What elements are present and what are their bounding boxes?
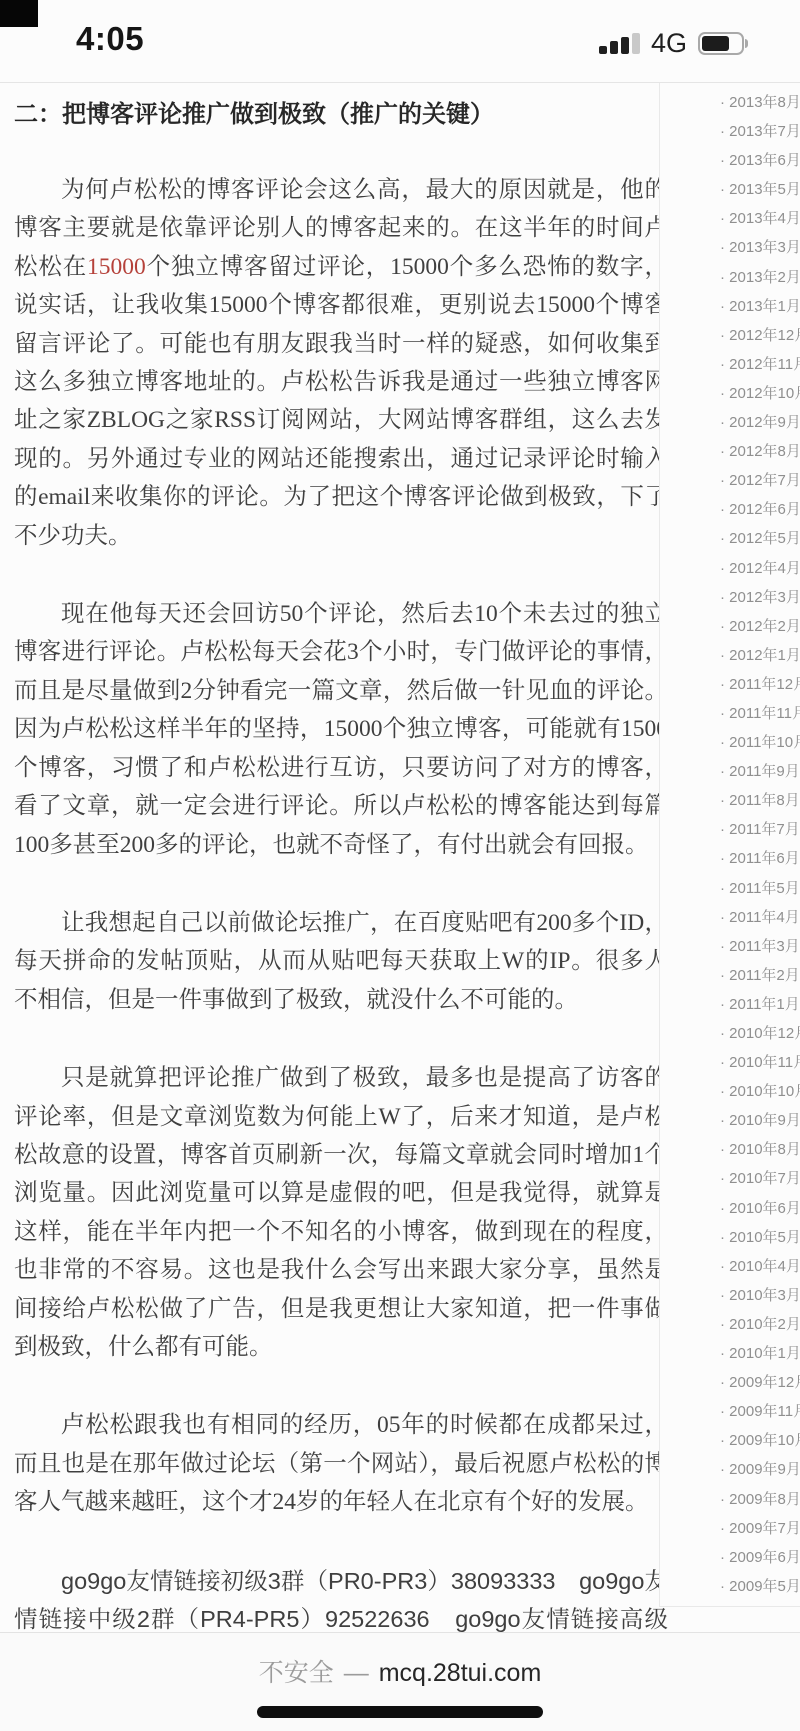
archive-month-link[interactable]: · 2012年10月 (660, 379, 800, 408)
status-bar: 4:05 4G (0, 0, 800, 82)
archive-month-link[interactable]: · 2010年11月 (660, 1048, 800, 1077)
archive-month-link[interactable]: · 2013年8月 (660, 88, 800, 117)
archive-month-link[interactable]: · 2010年9月 (660, 1106, 800, 1135)
archive-month-link[interactable]: · 2012年2月 (660, 612, 800, 641)
archive-month-link[interactable]: · 2011年7月 (660, 815, 800, 844)
status-bar-right-cluster: 4G (599, 30, 748, 56)
sidebar-archive-list: · 2013年8月· 2013年7月· 2013年6月· 2013年5月· 20… (660, 83, 800, 1601)
text-run: 让我想起自己以前做论坛推广，在百度贴吧有200多个ID，每天拼命的发帖顶贴，从而… (14, 910, 668, 1013)
archive-month-link[interactable]: · 2012年8月 (660, 437, 800, 466)
archive-month-link[interactable]: · 2009年12月 (660, 1368, 800, 1397)
safari-address-bar[interactable]: 不安全—mcq.28tui.com (0, 1632, 800, 1731)
archive-month-link[interactable]: · 2010年2月 (660, 1310, 800, 1339)
archive-month-link[interactable]: · 2011年3月 (660, 932, 800, 961)
archive-month-link[interactable]: · 2013年3月 (660, 233, 800, 262)
archive-month-link[interactable]: · 2009年5月 (660, 1572, 800, 1601)
text-run: 只是就算把评论推广做到了极致，最多也是提高了访客的评论率，但是文章浏览数为何能上… (14, 1065, 668, 1360)
archive-month-link[interactable]: · 2011年8月 (660, 786, 800, 815)
article-paragraph: 只是就算把评论推广做到了极致，最多也是提高了访客的评论率，但是文章浏览数为何能上… (14, 1059, 668, 1366)
security-warning-label: 不安全 (259, 1659, 334, 1687)
archive-month-link[interactable]: · 2010年8月 (660, 1135, 800, 1164)
archive-month-link[interactable]: · 2009年10月 (660, 1426, 800, 1455)
url-line[interactable]: 不安全—mcq.28tui.com (0, 1633, 800, 1689)
network-type-label: 4G (651, 28, 687, 59)
archive-month-link[interactable]: · 2011年4月 (660, 903, 800, 932)
archive-month-link[interactable]: · 2010年5月 (660, 1223, 800, 1252)
archive-month-link[interactable]: · 2013年1月 (660, 292, 800, 321)
archive-month-link[interactable]: · 2013年6月 (660, 146, 800, 175)
archive-month-link[interactable]: · 2011年1月 (660, 990, 800, 1019)
archive-month-link[interactable]: · 2011年12月 (660, 670, 800, 699)
archive-month-link[interactable]: · 2009年7月 (660, 1514, 800, 1543)
article-paragraph: 让我想起自己以前做论坛推广，在百度贴吧有200多个ID，每天拼命的发帖顶贴，从而… (14, 904, 668, 1019)
archive-month-link[interactable]: · 2012年3月 (660, 583, 800, 612)
archive-month-link[interactable]: · 2011年2月 (660, 961, 800, 990)
archive-month-link[interactable]: · 2010年1月 (660, 1339, 800, 1368)
archive-month-link[interactable]: · 2012年12月 (660, 321, 800, 350)
battery-icon (698, 32, 748, 55)
archive-month-link[interactable]: · 2009年8月 (660, 1485, 800, 1514)
archive-month-link[interactable]: · 2009年6月 (660, 1543, 800, 1572)
clock-time: 4:05 (76, 20, 144, 58)
archive-month-link[interactable]: · 2012年7月 (660, 466, 800, 495)
iphone-safari-screenshot: 4:05 4G 二：把博客评论推广做到极致（推广的关键） 为何卢松松的博客评论会… (0, 0, 800, 1731)
archive-month-link[interactable]: · 2009年11月 (660, 1397, 800, 1426)
signal-bars-icon (599, 32, 640, 54)
archive-month-link[interactable]: · 2011年5月 (660, 874, 800, 903)
archive-month-link[interactable]: · 2012年6月 (660, 495, 800, 524)
archive-month-link[interactable]: · 2011年11月 (660, 699, 800, 728)
archive-month-link[interactable]: · 2011年6月 (660, 844, 800, 873)
archive-sidebar: · 2013年8月· 2013年7月· 2013年6月· 2013年5月· 20… (659, 83, 800, 1607)
inline-count-link[interactable]: 15000 (87, 254, 146, 280)
archive-month-link[interactable]: · 2010年10月 (660, 1077, 800, 1106)
archive-month-link[interactable]: · 2013年5月 (660, 175, 800, 204)
archive-month-link[interactable]: · 2011年9月 (660, 757, 800, 786)
article-paragraph: 现在他每天还会回访50个评论，然后去10个未去过的独立博客进行评论。卢松松每天会… (14, 595, 668, 864)
archive-month-link[interactable]: · 2013年7月 (660, 117, 800, 146)
archive-month-link[interactable]: · 2011年10月 (660, 728, 800, 757)
archive-month-link[interactable]: · 2013年2月 (660, 263, 800, 292)
archive-month-link[interactable]: · 2012年4月 (660, 554, 800, 583)
text-run: 现在他每天还会回访50个评论，然后去10个未去过的独立博客进行评论。卢松松每天会… (14, 601, 668, 857)
article-body: 为何卢松松的博客评论会这么高，最大的原因就是，他的博客主要就是依靠评论别人的博客… (14, 171, 668, 1715)
archive-month-link[interactable]: · 2010年4月 (660, 1252, 800, 1281)
text-run: 卢松松跟我也有相同的经历，05年的时候都在成都呆过，而且也是在那年做过论坛（第一… (14, 1412, 668, 1515)
archive-month-link[interactable]: · 2009年9月 (660, 1455, 800, 1484)
archive-month-link[interactable]: · 2012年9月 (660, 408, 800, 437)
archive-month-link[interactable]: · 2013年4月 (660, 204, 800, 233)
archive-month-link[interactable]: · 2010年7月 (660, 1164, 800, 1193)
url-domain: mcq.28tui.com (379, 1659, 542, 1687)
home-indicator[interactable] (257, 1706, 543, 1718)
article-paragraph: 为何卢松松的博客评论会这么高，最大的原因就是，他的博客主要就是依靠评论别人的博客… (14, 171, 668, 555)
archive-month-link[interactable]: · 2010年3月 (660, 1281, 800, 1310)
article-paragraph: 卢松松跟我也有相同的经历，05年的时候都在成都呆过，而且也是在那年做过论坛（第一… (14, 1406, 668, 1521)
article-heading: 二：把博客评论推广做到极致（推广的关键） (14, 99, 668, 131)
archive-month-link[interactable]: · 2012年11月 (660, 350, 800, 379)
archive-month-link[interactable]: · 2012年1月 (660, 641, 800, 670)
url-separator: — (344, 1659, 369, 1687)
archive-month-link[interactable]: · 2010年12月 (660, 1019, 800, 1048)
archive-month-link[interactable]: · 2010年6月 (660, 1194, 800, 1223)
archive-month-link[interactable]: · 2012年5月 (660, 524, 800, 553)
text-run: 个独立博客留过评论，15000个多么恐怖的数字，说实话，让我收集15000个博客… (14, 254, 668, 549)
